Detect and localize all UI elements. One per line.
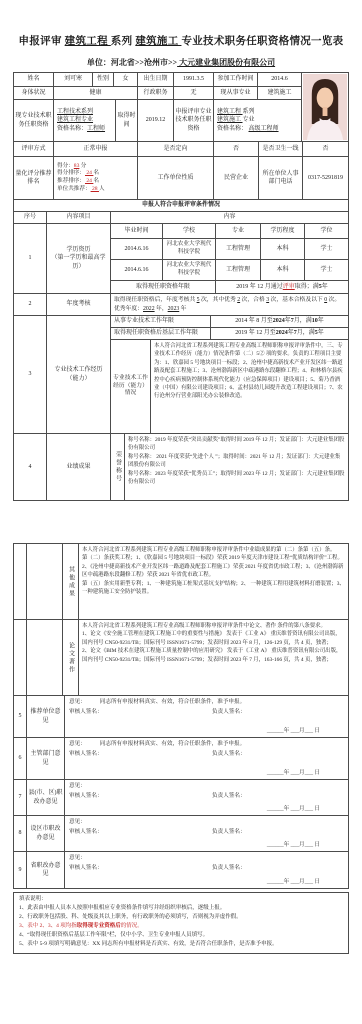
row-current-title: 现专业技术职务任职资格 工程技术系列 建筑工程专业 资格名称：工程师 取得时间 … — [14, 100, 301, 141]
obtain-time-label: 取得时间 — [116, 100, 138, 141]
opinion-label: 主管部门意见 — [27, 738, 65, 779]
papers-row: 论文著作 本人符合河北省工程系列建筑工程专业高级工程师职称申报评审条件中论文、著… — [14, 620, 348, 696]
opinion-text: 意见： 同志所有申报材料真实、有效，符合任职条件，准予申报。 — [69, 698, 344, 706]
honors-list: 称号名称：2019 年度荣获“突出贡献奖”取得时间 2019 年 12 月；发证… — [125, 434, 348, 500]
item2-label: 年度考核 — [47, 294, 111, 315]
edu-header-major: 专业 — [216, 224, 261, 238]
name-value: 刘可寒 — [54, 73, 93, 86]
opinion-row-8: 8 设区市职改办意见 意见： 审核人签名： 负责人签名： ______年 ___… — [14, 816, 348, 852]
major-value: 建筑施工 — [258, 87, 301, 99]
directional-label: 是否定向 — [138, 142, 214, 156]
gender-value: 女 — [114, 73, 138, 86]
quant-scores: 得分：83 分 得分排序： 24 名 推荐排序： 24 名 单位共推荐： 28 … — [54, 157, 138, 199]
opinion-text: 意见： — [69, 854, 344, 862]
apply-title-label: 申报评审专业技术职务任职资格 — [174, 100, 214, 141]
edu-header-time: 毕业时间 — [111, 224, 163, 238]
total-recommended-line: 单位共推荐： 28 人 — [57, 186, 105, 194]
honor-entry: 称号名称：2019 年度荣获“突出贡献奖”取得时间 2019 年 12 月；发证… — [128, 436, 345, 453]
join-value: 2014.6 — [258, 73, 301, 86]
edu-cell: 工程管理 — [216, 239, 261, 259]
other-achievements-row: 其他成果 本人符合河北省工程系列建筑工程专业高级工程师职称申报评审条件中业绩成果… — [14, 544, 348, 620]
join-label: 参加工作时间 — [214, 73, 258, 86]
unit-line: 单位：河北省>>沧州市>> 大元建业集团股份有限公司 — [0, 57, 362, 68]
col-no-header: 序号 — [14, 212, 47, 223]
leader-signature-label: 负责人签名： — [212, 864, 246, 872]
tenure-label: 取得现任职资格年限 — [111, 281, 216, 293]
edu-cell: 河北农业大学现代科技学院 — [163, 260, 216, 280]
opinion-text: 意见： — [69, 782, 344, 790]
row-health: 身体状况 健康 行政职务 无 现从事专业 建筑施工 — [14, 87, 301, 100]
item3-label: 专业技术工作经历 （能力） — [47, 316, 111, 433]
admin-label: 行政职务 — [138, 87, 174, 99]
col-content-header: 内容 — [111, 212, 348, 223]
work-years-row: 从事专业技术工作年限 2014 年 8 月至 2024 年 7 月，满 10 年 — [111, 316, 348, 328]
education-subtable: 毕业时间 学校 专业 学历程度 学位 2014.6.16 河北农业大学现代科技学… — [111, 224, 348, 293]
edu-cell: 本科 — [261, 260, 305, 280]
item-work-experience: 3 专业技术工作经历 （能力） 从事专业技术工作年限 2014 年 8 月至 2… — [14, 316, 348, 434]
papers-text: 本人符合河北省工程系列建筑工程专业高级工程师职称申报评审条件中论文、著作 条件的… — [79, 620, 348, 695]
note-line-1: 1、此表由申报人员本人按照申报相应专业资格条件填写并经组织审核后，逐级上报。 — [19, 904, 343, 913]
item-annual-review: 2 年度考核 取得现任职资格后，年度考核共 5 次，其中优秀 2 次，合格 3 … — [14, 294, 348, 316]
opinion-no: 6 — [14, 738, 27, 779]
edu-header-school: 学校 — [163, 224, 216, 238]
obtain-time-value: 2019.12 — [138, 100, 174, 141]
edu-header-degree-level: 学历程度 — [261, 224, 305, 238]
signature-line: 审核人签名： 负责人签名： — [69, 864, 344, 872]
row-name: 姓名 刘可寒 性别 女 出生日期 1991.3.5 参加工作时间 2014.6 — [14, 73, 301, 87]
opinion-no: 8 — [14, 816, 27, 851]
edu-cell: 2014.6.16 — [111, 239, 163, 259]
edu-row-2: 2014.6.16 河北农业大学现代科技学院 工程管理 本科 学士 — [111, 260, 348, 281]
leader-signature-label: 负责人签名： — [212, 750, 246, 758]
empty-no-cell — [14, 544, 27, 619]
col-item-header: 内容项目 — [47, 212, 111, 223]
gender-label: 性别 — [93, 73, 114, 86]
current-title-line3: 资格名称：工程师 — [57, 125, 105, 133]
leader-signature-label: 负责人签名： — [212, 828, 246, 836]
signature-line: 审核人签名： 负责人签名： — [69, 708, 344, 716]
leader-signature-label: 负责人签名： — [212, 792, 246, 800]
item2-no: 2 — [14, 294, 47, 315]
row-review-mode: 评审方式 正常申报 是否定向 否 是否卫生一线 否 — [14, 142, 348, 157]
name-label: 姓名 — [14, 73, 54, 86]
opinion-label: 县(市、区)职改办意见 — [27, 780, 65, 815]
item1-label: 学历资历 （第一学历和最高学历） — [47, 224, 111, 293]
portrait-photo-graphic — [303, 74, 347, 140]
hr-phone-value: 0317-5291819 — [303, 157, 348, 199]
qualification-table-page1: 姓名 刘可寒 性别 女 出生日期 1991.3.5 参加工作时间 2014.6 … — [13, 72, 349, 501]
experience-detail-text: 本人符合河北省工程系列建筑工程专业高级工程师职称申报评审条件中，三、专业技术工作… — [151, 340, 348, 433]
birth-label: 出生日期 — [138, 73, 174, 86]
date-line: ______年 ___月___ 日 — [69, 841, 344, 849]
work-years-value: 2014 年 8 月至 2024 年 7 月，满 10 年 — [211, 316, 348, 327]
qualification-table-page2: 其他成果 本人符合河北省工程系列建筑工程专业高级工程师职称申报评审条件中业绩成果… — [13, 543, 349, 889]
current-title-line2: 建筑工程专业 — [57, 116, 93, 124]
tenure-row: 取得现任职资格年限 2019 年 12 月通过评审取得；满 5 年 — [111, 281, 348, 293]
experience-detail-row: 专业技术工作经历（能力）情况 本人符合河北省工程系列建筑工程专业高级工程师职称申… — [111, 340, 348, 433]
item4-no: 4 — [14, 434, 47, 500]
section-header: 申报人符合申报评审条件情况 — [14, 200, 348, 211]
apply-title-value: 建筑工程 系列 建筑施工 专业 资格名称： 高级工程师 — [214, 100, 301, 141]
edu-cell: 工程管理 — [216, 260, 261, 280]
opinion-no: 7 — [14, 780, 27, 815]
basic-info-block: 姓名 刘可寒 性别 女 出生日期 1991.3.5 参加工作时间 2014.6 … — [14, 73, 348, 142]
edu-cell: 河北农业大学现代科技学院 — [163, 239, 216, 259]
reviewer-signature-label: 审核人签名： — [69, 792, 212, 800]
opinion-content: 意见： 审核人签名： 负责人签名： ______年 ___月___ 日 — [65, 780, 348, 815]
opinion-row-7: 7 县(市、区)职改办意见 意见： 审核人签名： 负责人签名： ______年 … — [14, 780, 348, 816]
row-column-headers: 序号 内容项目 内容 — [14, 212, 348, 224]
directional-value: 否 — [214, 142, 259, 156]
note-line-2: 2、行政职务包括股、科、处级及其以上职务，有行政职务的必须填写，否则视为弄虚作假… — [19, 913, 343, 922]
opinion-label: 推荐单位意见 — [27, 696, 65, 737]
empty-no-cell — [14, 620, 27, 695]
grassroots-years-row: 取得现任职资格后基层工作年限 2019 年 12 月至 2024 年 7 月，满… — [111, 328, 348, 340]
honor-title-vertical-label: 荣誉称号 — [111, 434, 125, 500]
reviewer-signature-label: 审核人签名： — [69, 864, 212, 872]
current-title-label: 现专业技术职务任职资格 — [14, 100, 54, 141]
opinion-content: 意见： 审核人签名： 负责人签名： ______年 ___月___ 日 — [65, 816, 348, 851]
signature-line: 审核人签名： 负责人签名： — [69, 828, 344, 836]
honor-entry: 称号名称：2023 年度荣获“优秀员工”；取得时间 2023 年 12 月；发证… — [128, 470, 345, 487]
date-line: ______年 ___月___ 日 — [69, 878, 344, 886]
frontline-value: 否 — [303, 142, 348, 156]
tenure-value: 2019 年 12 月通过评审取得；满 5 年 — [216, 281, 348, 293]
major-label: 现从事专业 — [214, 87, 258, 99]
opinion-content: 意见： 同志所有申报材料真实、有效，符合任职条件，准予申报。 审核人签名： 负责… — [65, 696, 348, 737]
annual-review-segments: 取得现任职资格后，年度考核共 5 次，其中优秀 2 次，合格 3 次，基本合格及… — [114, 296, 345, 314]
honor-entry: 称号名称： 2021 年度荣获“先进个人 ”；取得时间：2021 年 12 月；… — [128, 453, 345, 470]
experience-detail-label: 专业技术工作经历（能力）情况 — [111, 340, 151, 433]
opinion-label: 设区市职改办意见 — [27, 816, 65, 851]
edu-cell: 本科 — [261, 239, 305, 259]
health-label: 身体状况 — [14, 87, 54, 99]
opinion-no: 5 — [14, 696, 27, 737]
work-years-label: 从事专业技术工作年限 — [111, 316, 211, 327]
item1-no: 1 — [14, 224, 47, 293]
edu-cell: 学士 — [305, 239, 348, 259]
basic-info-left: 姓名 刘可寒 性别 女 出生日期 1991.3.5 参加工作时间 2014.6 … — [14, 73, 302, 141]
opinion-content: 意见： 同志所有申报材料真实、有效，符合任职条件，准予申报。 审核人签名： 负责… — [65, 738, 348, 779]
reviewer-signature-label: 审核人签名： — [69, 828, 212, 836]
edu-header-row: 毕业时间 学校 专业 学历程度 学位 — [111, 224, 348, 239]
opinion-text: 意见： 同志所有申报材料真实、有效，符合任职条件，准予申报。 — [69, 740, 344, 748]
item-achievements: 4 业绩成果 荣誉称号 称号名称：2019 年度荣获“突出贡献奖”取得时间 20… — [14, 434, 348, 500]
page-title: 申报评审 建筑工程 系列 建筑施工 专业技术职务任职资格情况一览表 — [0, 33, 362, 48]
edu-row-1: 2014.6.16 河北农业大学现代科技学院 工程管理 本科 学士 — [111, 239, 348, 260]
form-notes: 填表说明： 1、此表由申报人员本人按照申报相应专业资格条件填写并经组织审核后，逐… — [13, 892, 349, 954]
apply-title-line2: 建筑施工 专业 — [217, 116, 255, 124]
annual-review-text: 取得现任职资格后，年度考核共 5 次，其中优秀 2 次，合格 3 次，基本合格及… — [111, 294, 348, 315]
edu-cell: 2014.6.16 — [111, 260, 163, 280]
item-education: 1 学历资历 （第一学历和最高学历） 毕业时间 学校 专业 学历程度 学位 20… — [14, 224, 348, 294]
notes-header: 填表说明： — [19, 895, 343, 904]
edu-header-degree: 学位 — [305, 224, 348, 238]
item4-label: 业绩成果 — [47, 434, 111, 500]
recommend-rank-line: 推荐排序： 24 名 — [57, 178, 99, 186]
note-line-4: 4、“取得现任职资格后基层工作年限”栏，仅中小学、卫生专业申报人员填写。 — [19, 931, 343, 940]
date-line: ______年 ___月___ 日 — [69, 805, 344, 813]
employer-type-label: 工作单位性质 — [138, 157, 214, 199]
opinion-label: 省职改办意见 — [27, 852, 65, 888]
opinion-no: 9 — [14, 852, 27, 888]
score-rank-line: 得分排序： 24 名 — [57, 170, 99, 178]
note-line-3: 3、表中 2、3、4 项均指取得现专业资格后的情况。 — [19, 922, 343, 931]
signature-line: 审核人签名： 负责人签名： — [69, 750, 344, 758]
frontline-label: 是否卫生一线 — [259, 142, 303, 156]
apply-title-line1: 建筑工程 系列 — [217, 108, 255, 116]
birth-value: 1991.3.5 — [174, 73, 214, 86]
empty-item-cell — [27, 544, 63, 619]
applicant-photo — [302, 73, 348, 141]
opinion-row-5: 5 推荐单位意见 意见： 同志所有申报材料真实、有效，符合任职条件，准予申报。 … — [14, 696, 348, 738]
apply-title-line3: 资格名称： 高级工程师 — [217, 125, 279, 133]
row-section-header: 申报人符合申报评审条件情况 — [14, 200, 348, 212]
signature-line: 审核人签名： 负责人签名： — [69, 792, 344, 800]
date-line: ______年 ___月___ 日 — [69, 727, 344, 735]
hr-phone-label: 所在单位人事部门电话 — [259, 157, 303, 199]
grassroots-years-label: 取得现任职资格后基层工作年限 — [111, 328, 211, 339]
opinion-text: 意见： — [69, 818, 344, 826]
experience-subtable: 从事专业技术工作年限 2014 年 8 月至 2024 年 7 月，满 10 年… — [111, 316, 348, 433]
papers-vertical-label: 论文著作 — [63, 620, 79, 695]
other-achievements-vertical-label: 其他成果 — [63, 544, 79, 619]
empty-item-cell — [27, 620, 63, 695]
document-page: 申报评审 建筑工程 系列 建筑施工 专业技术职务任职资格情况一览表 单位：河北省… — [0, 0, 362, 1024]
opinion-row-6: 6 主管部门意见 意见： 同志所有申报材料真实、有效，符合任职条件，准予申报。 … — [14, 738, 348, 780]
grassroots-years-value: 2019 年 12 月至 2024 年 7 月，满 5 年 — [211, 328, 348, 339]
row-quant-score: 量化评分推荐排名 得分：83 分 得分排序： 24 名 推荐排序： 24 名 单… — [14, 157, 348, 200]
employer-type-value: 民营企业 — [214, 157, 259, 199]
current-title-value: 工程技术系列 建筑工程专业 资格名称：工程师 — [54, 100, 116, 141]
admin-value: 无 — [174, 87, 214, 99]
quant-label: 量化评分推荐排名 — [14, 157, 54, 199]
other-achievements-text: 本人符合河北省工程系列建筑工程专业高级工程师职称申报评审条件中业绩成果的第（二）… — [79, 544, 348, 619]
edu-cell: 学士 — [305, 260, 348, 280]
review-mode-label: 评审方式 — [14, 142, 54, 156]
review-mode-value: 正常申报 — [54, 142, 138, 156]
leader-signature-label: 负责人签名： — [212, 708, 246, 716]
current-title-line1: 工程技术系列 — [57, 108, 93, 116]
item3-no: 3 — [14, 316, 47, 433]
health-value: 健康 — [54, 87, 138, 99]
reviewer-signature-label: 审核人签名： — [69, 708, 212, 716]
opinion-content: 意见： 审核人签名： 负责人签名： ______年 ___月___ 日 — [65, 852, 348, 888]
opinion-row-9: 9 省职改办意见 意见： 审核人签名： 负责人签名： ______年 ___月_… — [14, 852, 348, 888]
note-line-5: 5、表中 5-9 项填写明确意见：XX 同志所有申报材料是否真实、有效，是否符合… — [19, 940, 343, 949]
date-line: ______年 ___月___ 日 — [69, 769, 344, 777]
reviewer-signature-label: 审核人签名： — [69, 750, 212, 758]
